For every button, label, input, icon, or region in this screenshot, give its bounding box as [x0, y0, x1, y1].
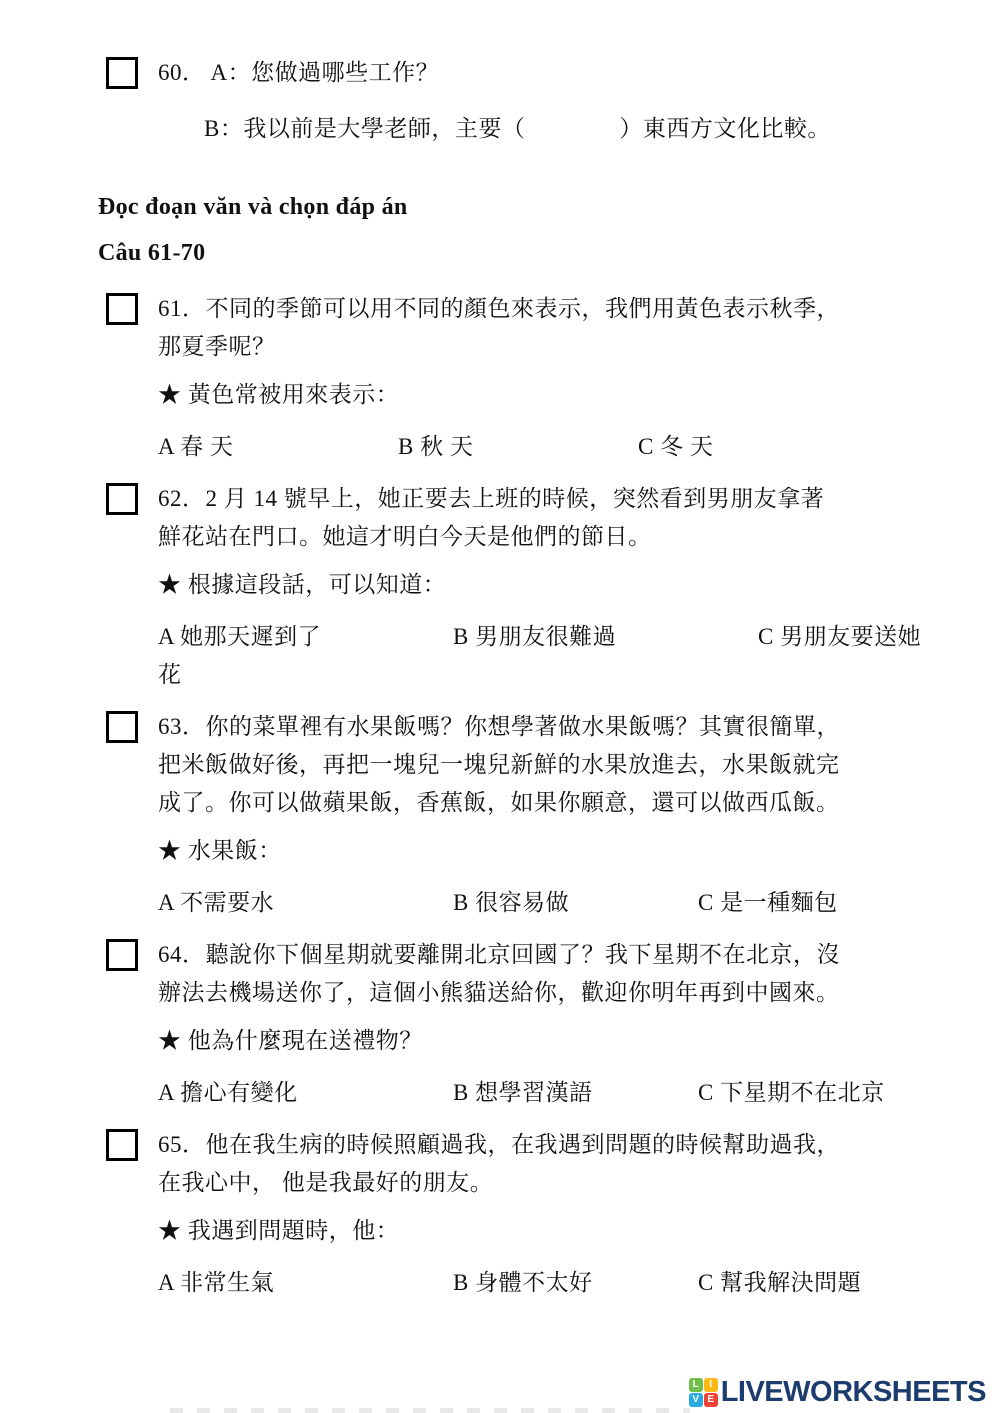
section-instruction: Đọc đoạn văn và chọn đáp án	[98, 188, 936, 226]
option-c: C 是一種麵包	[698, 890, 838, 915]
answer-box-65[interactable]	[106, 1129, 138, 1161]
question-64: 64．聽說你下個星期就要離開北京回國了？我下星期不在北京，沒 辦法去機場送你了，…	[98, 936, 936, 1112]
question-text-line: 辦法去機場送你了，這個小熊貓送給你，歡迎你明年再到中國來。	[158, 974, 936, 1012]
option-a: A 春 天	[158, 428, 398, 466]
option-a: A 她那天遲到了	[158, 618, 453, 656]
options-row: A 不需要水B 很容易做C 是一種麵包	[158, 884, 936, 922]
option-a: A 非常生氣	[158, 1264, 453, 1302]
liveworksheets-wordmark: LIVEWORKSHEETS	[721, 1376, 986, 1409]
question-text-line: 65．他在我生病的時候照顧過我，在我遇到問題的時候幫助過我，	[158, 1126, 936, 1164]
option-b: B 男朋友很難過	[453, 618, 758, 656]
question-63-content: 63．你的菜單裡有水果飯嗎？你想學著做水果飯嗎？其實很簡單， 把米飯做好後，再把…	[158, 708, 936, 922]
options-row: A 非常生氣B 身體不太好C 幫我解決問題	[158, 1264, 936, 1302]
question-65: 65．他在我生病的時候照顧過我，在我遇到問題的時候幫助過我， 在我心中， 他是我…	[98, 1126, 936, 1302]
question-65-content: 65．他在我生病的時候照顧過我，在我遇到問題的時候幫助過我， 在我心中， 他是我…	[158, 1126, 936, 1302]
logo-tile-v: V	[689, 1393, 703, 1407]
question-text-line: 把米飯做好後，再把一塊兒一塊兒新鮮的水果放進去，水果飯就完	[158, 746, 936, 784]
worksheet-page: 60． A：您做過哪些工作？ B：我以前是大學老師，主要（ ）東西方文化比較。 …	[0, 0, 1000, 1413]
answer-box-63[interactable]	[106, 711, 138, 743]
option-a: A 擔心有變化	[158, 1074, 453, 1112]
options-row: A 春 天B 秋 天C 冬 天	[158, 428, 936, 466]
liveworksheets-logo-icon: L I V E	[689, 1378, 718, 1407]
question-62-content: 62．2 月 14 號早上，她正要去上班的時候，突然看到男朋友拿著 鮮花站在門口…	[158, 480, 936, 694]
liveworksheets-logo[interactable]: L I V E LIVEWORKSHEETS	[689, 1376, 986, 1409]
question-text-line: 63．你的菜單裡有水果飯嗎？你想學著做水果飯嗎？其實很簡單，	[158, 708, 936, 746]
answer-box-64[interactable]	[106, 939, 138, 971]
question-60-content: 60． A：您做過哪些工作？ B：我以前是大學老師，主要（ ）東西方文化比較。	[158, 54, 936, 148]
question-text-line: 61．不同的季節可以用不同的顏色來表示，我們用黃色表示秋季，	[158, 290, 936, 328]
answer-box-60[interactable]	[106, 57, 138, 89]
question-62: 62．2 月 14 號早上，她正要去上班的時候，突然看到男朋友拿著 鮮花站在門口…	[98, 480, 936, 694]
option-b: B 秋 天	[398, 428, 638, 466]
answer-box-61[interactable]	[106, 293, 138, 325]
option-c: C 下星期不在北京	[698, 1080, 885, 1105]
question-61: 61．不同的季節可以用不同的顏色來表示，我們用黃色表示秋季， 那夏季呢？ ★ 黃…	[98, 290, 936, 466]
question-60-line-a: 60． A：您做過哪些工作？	[158, 54, 936, 92]
question-60: 60． A：您做過哪些工作？ B：我以前是大學老師，主要（ ）東西方文化比較。	[98, 54, 936, 148]
question-60-line-b: B：我以前是大學老師，主要（ ）東西方文化比較。	[158, 110, 936, 148]
question-text-line: 那夏季呢？	[158, 328, 936, 366]
option-c: C 幫我解決問題	[698, 1270, 861, 1295]
question-prompt: ★ 根據這段話，可以知道：	[158, 566, 936, 604]
question-text-line: 成了。你可以做蘋果飯，香蕉飯，如果你願意，還可以做西瓜飯。	[158, 784, 936, 822]
question-prompt: ★ 水果飯：	[158, 832, 936, 870]
section-range-label: Câu 61-70	[98, 234, 936, 272]
logo-tile-i: I	[704, 1378, 718, 1392]
question-text-line: 在我心中， 他是我最好的朋友。	[158, 1164, 936, 1202]
question-text-line: 64．聽說你下個星期就要離開北京回國了？我下星期不在北京，沒	[158, 936, 936, 974]
option-b: B 很容易做	[453, 884, 698, 922]
section-headers: Đọc đoạn văn và chọn đáp án Câu 61-70	[98, 188, 936, 272]
question-64-content: 64．聽說你下個星期就要離開北京回國了？我下星期不在北京，沒 辦法去機場送你了，…	[158, 936, 936, 1112]
question-text-line: 62．2 月 14 號早上，她正要去上班的時候，突然看到男朋友拿著	[158, 480, 936, 518]
cut-off-next-line	[170, 1408, 690, 1413]
logo-tile-e: E	[704, 1393, 718, 1407]
question-63: 63．你的菜單裡有水果飯嗎？你想學著做水果飯嗎？其實很簡單， 把米飯做好後，再把…	[98, 708, 936, 922]
question-prompt: ★ 我遇到問題時，他：	[158, 1212, 936, 1250]
option-c: C 冬 天	[638, 434, 713, 459]
question-prompt: ★ 黃色常被用來表示：	[158, 376, 936, 414]
question-61-content: 61．不同的季節可以用不同的顏色來表示，我們用黃色表示秋季， 那夏季呢？ ★ 黃…	[158, 290, 936, 466]
option-b: B 想學習漢語	[453, 1074, 698, 1112]
logo-tile-l: L	[689, 1378, 703, 1392]
answer-box-62[interactable]	[106, 483, 138, 515]
question-prompt: ★ 他為什麼現在送禮物？	[158, 1022, 936, 1060]
question-text-line: 鮮花站在門口。她這才明白今天是他們的節日。	[158, 518, 936, 556]
options-row: A 擔心有變化B 想學習漢語C 下星期不在北京	[158, 1074, 936, 1112]
options-row: A 她那天遲到了B 男朋友很難過C 男朋友要送她花	[158, 618, 936, 694]
option-a: A 不需要水	[158, 884, 453, 922]
option-b: B 身體不太好	[453, 1264, 698, 1302]
